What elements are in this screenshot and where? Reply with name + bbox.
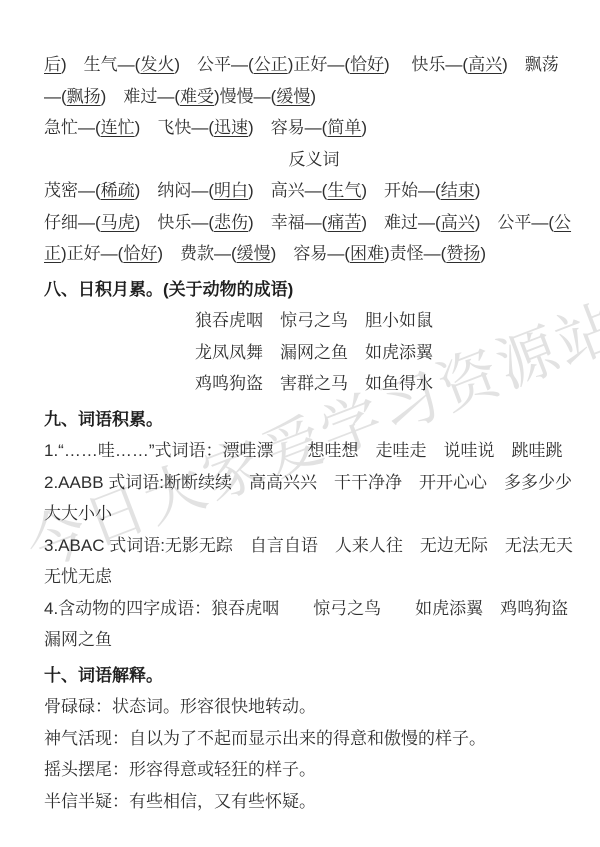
text-run: 公平—(: [197, 55, 254, 74]
text-run: 飘荡: [525, 55, 559, 74]
text-run: 仔细—(: [44, 213, 101, 232]
answer-underlined: 马虎: [101, 213, 135, 232]
text-run: ): [361, 181, 384, 200]
doc-line: 3.ABAC 式词语:无影无踪 自言自语 人来人往 无边无际 无法无天: [44, 530, 584, 562]
doc-line: 骨碌碌：状态词。形容很快地转动。: [44, 691, 584, 723]
text-run: ): [174, 55, 197, 74]
doc-line: 八、日积月累。(关于动物的成语): [44, 274, 584, 306]
text-run: ): [248, 213, 271, 232]
text-run: 狼吞虎咽 惊弓之鸟 胆小如鼠: [195, 311, 433, 330]
text-run: 无忧无虑: [44, 567, 112, 586]
text-run: 高兴—(: [271, 181, 328, 200]
text-run: 茂密—(: [44, 181, 101, 200]
text-run: 九、词语积累。: [44, 410, 163, 429]
answer-underlined: 赞扬: [446, 244, 480, 263]
text-run: ): [475, 181, 481, 200]
text-run: 4.含动物的四字成语：狼吞虎咽 惊弓之鸟 如虎添翼 鸡鸣狗盗: [44, 599, 568, 618]
text-run: 神气活现：自以为了不起而显示出来的得意和傲慢的样子。: [44, 729, 486, 748]
text-run: ): [384, 55, 411, 74]
text-run: 鸡鸣狗盗 害群之马 如鱼得水: [195, 374, 433, 393]
doc-line: 1.“……哇……”式词语：漂哇漂 想哇想 走哇走 说哇说 跳哇跳: [44, 435, 584, 467]
text-run: 公平—(: [497, 213, 554, 232]
answer-underlined: 难受: [180, 87, 214, 106]
text-run: 容易—(: [293, 244, 350, 263]
answer-underlined: 痛苦: [327, 213, 361, 232]
text-run: ): [157, 244, 180, 263]
document-page: 今日大家爱学习资源站 后) 生气—(发火) 公平—(公正)正好—(恰好) 快乐—…: [0, 0, 600, 847]
text-run: 生气—(: [84, 55, 141, 74]
doc-line: 龙凤凤舞 漏网之鱼 如虎添翼: [44, 337, 584, 369]
doc-line: —(飘扬) 难过—(难受)慢慢—(缓慢): [44, 81, 584, 113]
text-run: ): [135, 181, 158, 200]
doc-line: 九、词语积累。: [44, 404, 584, 436]
text-run: ): [248, 118, 271, 137]
doc-line: 漏网之鱼: [44, 624, 584, 656]
doc-line: 4.含动物的四字成语：狼吞虎咽 惊弓之鸟 如虎添翼 鸡鸣狗盗: [44, 593, 584, 625]
answer-underlined: 明白: [214, 181, 248, 200]
text-run: 摇头摆尾：形容得意或轻狂的样子。: [44, 760, 316, 779]
text-run: 幸福—(: [271, 213, 328, 232]
text-run: 十、词语解释。: [44, 666, 163, 685]
text-run: 漏网之鱼: [44, 630, 112, 649]
text-run: ): [361, 213, 384, 232]
answer-underlined: 高兴: [441, 213, 475, 232]
text-run: )慢慢—(: [214, 87, 276, 106]
doc-line: 后) 生气—(发火) 公平—(公正)正好—(恰好) 快乐—(高兴) 飘荡: [44, 49, 584, 81]
answer-underlined: 飘扬: [67, 87, 101, 106]
text-run: ): [480, 244, 486, 263]
doc-line: 大大小小: [44, 498, 584, 530]
text-run: 快乐—(: [411, 55, 468, 74]
answer-underlined: 高兴: [468, 55, 502, 74]
text-run: ): [135, 118, 158, 137]
text-run: ): [361, 118, 367, 137]
answer-underlined: 恰好: [123, 244, 157, 263]
doc-line: 十、词语解释。: [44, 660, 584, 692]
answer-underlined: 后: [44, 55, 61, 74]
answer-underlined: 公: [554, 213, 571, 232]
text-run: 龙凤凤舞 漏网之鱼 如虎添翼: [195, 343, 433, 362]
text-run: 飞快—(: [157, 118, 214, 137]
doc-line: 摇头摆尾：形容得意或轻狂的样子。: [44, 754, 584, 786]
text-run: 大大小小: [44, 504, 112, 523]
text-run: ): [248, 181, 271, 200]
text-run: )正好—(: [288, 55, 350, 74]
text-run: ): [502, 55, 525, 74]
answer-underlined: 简单: [327, 118, 361, 137]
answer-underlined: 公正: [254, 55, 288, 74]
answer-underlined: 缓慢: [237, 244, 271, 263]
answer-underlined: 缓慢: [276, 87, 310, 106]
text-run: ): [61, 55, 84, 74]
text-run: 1.“……哇……”式词语：漂哇漂 想哇想 走哇走 说哇说 跳哇跳: [44, 441, 563, 460]
text-run: 半信半疑：有些相信，又有些怀疑。: [44, 792, 316, 811]
doc-line: 急忙—(连忙) 飞快—(迅速) 容易—(简单): [44, 112, 584, 144]
doc-line: 半信半疑：有些相信，又有些怀疑。: [44, 786, 584, 818]
text-run: ): [475, 213, 498, 232]
text-run: —(: [44, 87, 67, 106]
doc-line: 茂密—(稀疏) 纳闷—(明白) 高兴—(生气) 开始—(结束): [44, 175, 584, 207]
text-run: 纳闷—(: [157, 181, 214, 200]
text-run: 容易—(: [271, 118, 328, 137]
text-run: 骨碌碌：状态词。形容很快地转动。: [44, 697, 316, 716]
text-run: 快乐—(: [157, 213, 214, 232]
answer-underlined: 结束: [441, 181, 475, 200]
text-run: )正好—(: [61, 244, 123, 263]
doc-line: 无忧无虑: [44, 561, 584, 593]
answer-underlined: 生气: [327, 181, 361, 200]
doc-line: 鸡鸣狗盗 害群之马 如鱼得水: [44, 368, 584, 400]
answer-underlined: 困难: [350, 244, 384, 263]
answer-underlined: 连忙: [101, 118, 135, 137]
text-run: 3.ABAC 式词语:无影无踪 自言自语 人来人往 无边无际 无法无天: [44, 536, 573, 555]
text-run: ): [310, 87, 316, 106]
answer-underlined: 迅速: [214, 118, 248, 137]
doc-line: 反义词: [44, 144, 584, 176]
text-run: ): [271, 244, 294, 263]
document-body: 后) 生气—(发火) 公平—(公正)正好—(恰好) 快乐—(高兴) 飘荡—(飘扬…: [44, 49, 584, 817]
answer-underlined: 悲伤: [214, 213, 248, 232]
answer-underlined: 发火: [140, 55, 174, 74]
text-run: 费款—(: [180, 244, 237, 263]
answer-underlined: 恰好: [350, 55, 384, 74]
text-run: 反义词: [289, 150, 340, 169]
doc-line: 神气活现：自以为了不起而显示出来的得意和傲慢的样子。: [44, 723, 584, 755]
doc-line: 仔细—(马虎) 快乐—(悲伤) 幸福—(痛苦) 难过—(高兴) 公平—(公: [44, 207, 584, 239]
text-run: 难过—(: [384, 213, 441, 232]
text-run: ): [101, 87, 124, 106]
text-run: 急忙—(: [44, 118, 101, 137]
answer-underlined: 正: [44, 244, 61, 263]
text-run: 2.AABB 式词语:断断续续 高高兴兴 干干净净 开开心心 多多少少: [44, 473, 572, 492]
doc-line: 正)正好—(恰好) 费款—(缓慢) 容易—(困难)责怪—(赞扬): [44, 238, 584, 270]
answer-underlined: 稀疏: [101, 181, 135, 200]
text-run: 八、日积月累。(关于动物的成语): [44, 280, 293, 299]
text-run: )责怪—(: [384, 244, 446, 263]
text-run: ): [135, 213, 158, 232]
doc-line: 2.AABB 式词语:断断续续 高高兴兴 干干净净 开开心心 多多少少: [44, 467, 584, 499]
doc-line: 狼吞虎咽 惊弓之鸟 胆小如鼠: [44, 305, 584, 337]
text-run: 开始—(: [384, 181, 441, 200]
text-run: 难过—(: [123, 87, 180, 106]
